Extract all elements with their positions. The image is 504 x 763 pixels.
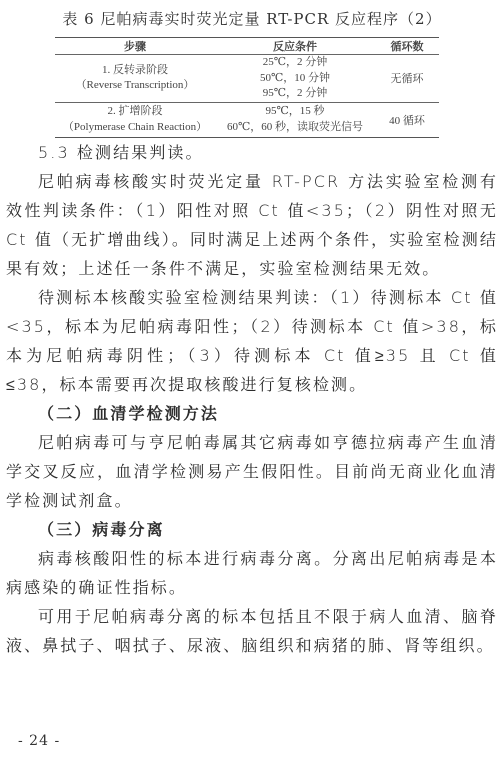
condition: 60℃，60 秒，读取荧光信号 (215, 120, 375, 136)
condition: 50℃，10 分钟 (215, 71, 375, 87)
step-en: （Polymerase Chain Reaction） (55, 120, 215, 136)
serology-paragraph: 尼帕病毒可与亨尼帕毒属其它病毒如亨德拉病毒产生血清学交叉反应，血清学检测易产生假… (6, 428, 498, 515)
conditions-cell: 95℃，15 秒 60℃，60 秒，读取荧光信号 (215, 102, 375, 137)
table-caption: 表 6 尼帕病毒实时荧光定量 RT-PCR 反应程序（2） (0, 8, 504, 29)
table-row: 1. 反转录阶段 （Reverse Transcription） 25℃，2 分… (55, 55, 439, 103)
table-row: 2. 扩增阶段 （Polymerase Chain Reaction） 95℃，… (55, 102, 439, 137)
header-cycles: 循环数 (375, 38, 439, 55)
virus-isolation-paragraph: 病毒核酸阳性的标本进行病毒分离。分离出尼帕病毒是本病感染的确证性指标。 (6, 544, 498, 602)
step-en: （Reverse Transcription） (55, 78, 215, 94)
step-cn: 1. 反转录阶段 (55, 63, 215, 79)
cycles-cell: 无循环 (375, 55, 439, 103)
condition: 95℃，15 秒 (215, 104, 375, 120)
cycles-cell: 40 循环 (375, 102, 439, 137)
sample-result-paragraph: 待测标本核酸实验室检测结果判读：（1）待测标本 Ct 值<35，标本为尼帕病毒阳… (6, 283, 498, 399)
step-cell: 1. 反转录阶段 （Reverse Transcription） (55, 55, 215, 103)
page-number: - 24 - (18, 733, 60, 749)
condition: 95℃，2 分钟 (215, 86, 375, 102)
header-conditions: 反应条件 (215, 38, 375, 55)
condition: 25℃，2 分钟 (215, 55, 375, 71)
specimen-types-paragraph: 可用于尼帕病毒分离的标本包括且不限于病人血清、脑脊液、鼻拭子、咽拭子、尿液、脑组… (6, 602, 498, 660)
rt-pcr-program-table: 步骤 反应条件 循环数 1. 反转录阶段 （Reverse Transcript… (55, 37, 439, 138)
step-cn: 2. 扩增阶段 (55, 104, 215, 120)
step-cell: 2. 扩增阶段 （Polymerase Chain Reaction） (55, 102, 215, 137)
serology-heading: （二）血清学检测方法 (6, 399, 498, 428)
validity-criteria-paragraph: 尼帕病毒核酸实时荧光定量 RT-PCR 方法实验室检测有效性判读条件：（1）阳性… (6, 167, 498, 283)
section-5-3-heading: 5.3 检测结果判读。 (6, 138, 498, 167)
table-header-row: 步骤 反应条件 循环数 (55, 38, 439, 55)
header-step: 步骤 (55, 38, 215, 55)
virus-isolation-heading: （三）病毒分离 (6, 515, 498, 544)
conditions-cell: 25℃，2 分钟 50℃，10 分钟 95℃，2 分钟 (215, 55, 375, 103)
